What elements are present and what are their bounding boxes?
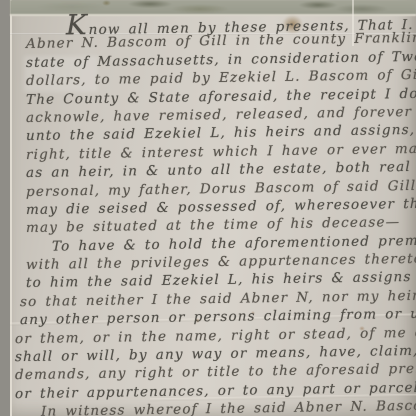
document-photo: Know all men by these presents, That I. … <box>0 0 416 416</box>
handwritten-text-block: Know all men by these presents, That I. … <box>26 10 416 416</box>
foxing-spot <box>102 0 111 6</box>
